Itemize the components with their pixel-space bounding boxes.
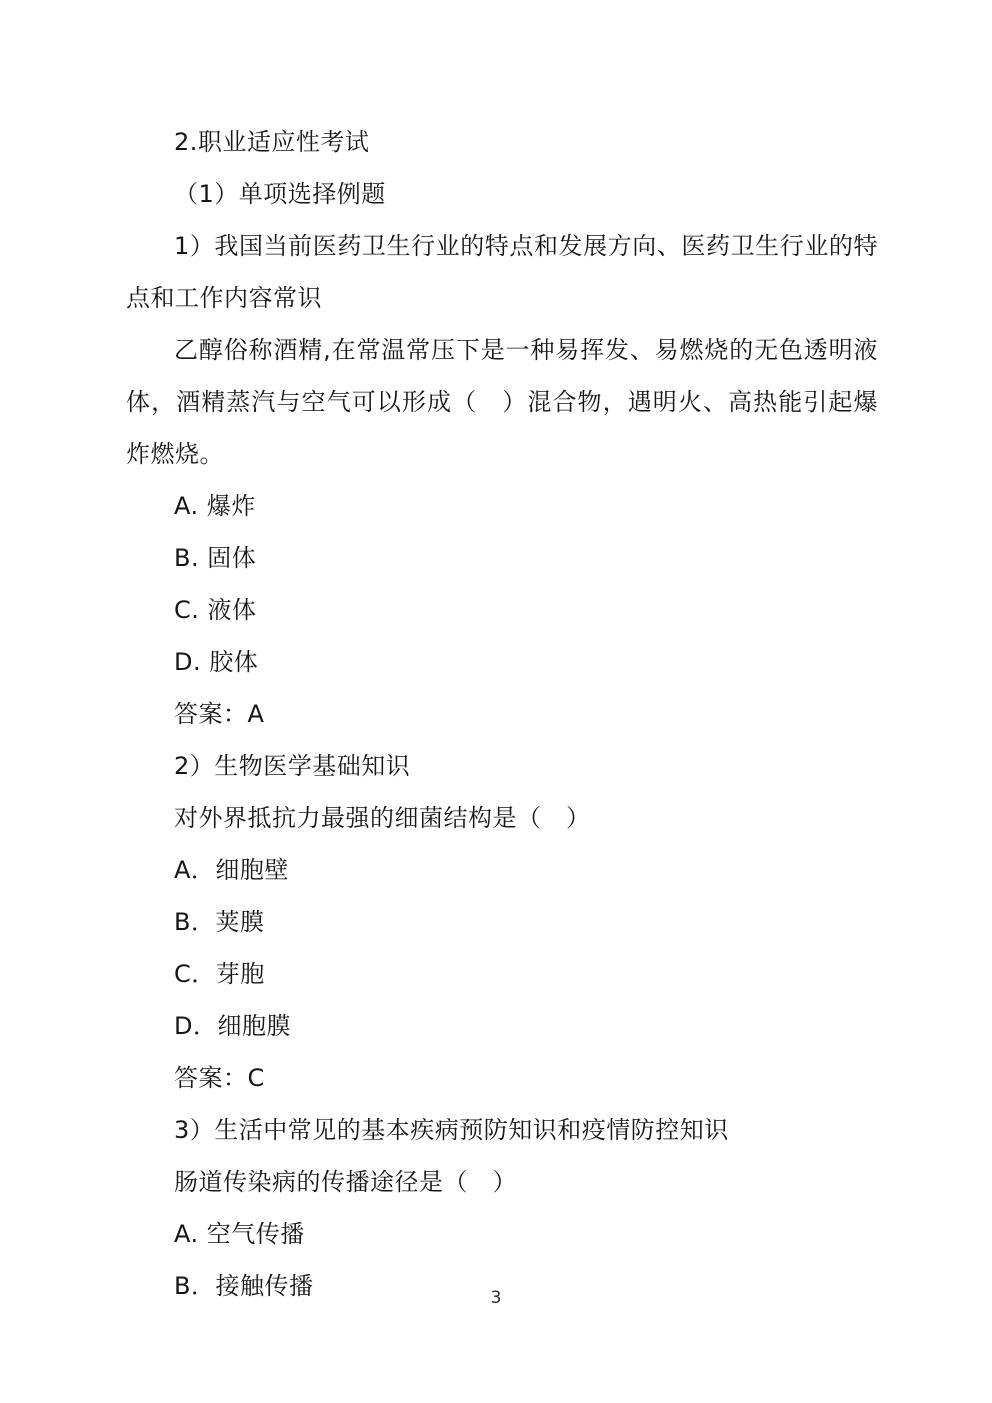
question-1-stem: 乙醇俗称酒精,在常温常压下是一种易挥发、易燃烧的无色透明液体，酒精蒸汽与空气可以… — [126, 324, 878, 480]
question-1-option-b: B. 固体 — [126, 532, 878, 584]
question-2-stem: 对外界抵抗力最强的细菌结构是（ ） — [126, 792, 878, 844]
document-page: 2.职业适应性考试 （1）单项选择例题 1）我国当前医药卫生行业的特点和发展方向… — [0, 0, 992, 1403]
question-1-option-c: C. 液体 — [126, 584, 878, 636]
question-2-option-a: A．细胞壁 — [126, 844, 878, 896]
question-2-option-d: D．细胞膜 — [126, 1000, 878, 1052]
section-heading: 2.职业适应性考试 — [126, 116, 878, 168]
page-number: 3 — [0, 1286, 992, 1310]
question-2-option-c: C．芽胞 — [126, 948, 878, 1000]
question-1-answer: 答案：A — [126, 688, 878, 740]
question-1-option-a: A. 爆炸 — [126, 480, 878, 532]
question-3-option-a: A. 空气传播 — [126, 1208, 878, 1260]
document-body: 2.职业适应性考试 （1）单项选择例题 1）我国当前医药卫生行业的特点和发展方向… — [126, 116, 878, 1312]
question-3-heading: 3）生活中常见的基本疾病预防知识和疫情防控知识 — [126, 1104, 878, 1156]
question-3-stem: 肠道传染病的传播途径是（ ） — [126, 1156, 878, 1208]
question-2-option-b: B．荚膜 — [126, 896, 878, 948]
question-2-answer: 答案：C — [126, 1052, 878, 1104]
question-1-heading: 1）我国当前医药卫生行业的特点和发展方向、医药卫生行业的特点和工作内容常识 — [126, 220, 878, 324]
question-2-heading: 2）生物医学基础知识 — [126, 740, 878, 792]
subsection-heading: （1）单项选择例题 — [126, 168, 878, 220]
question-1-option-d: D. 胶体 — [126, 636, 878, 688]
